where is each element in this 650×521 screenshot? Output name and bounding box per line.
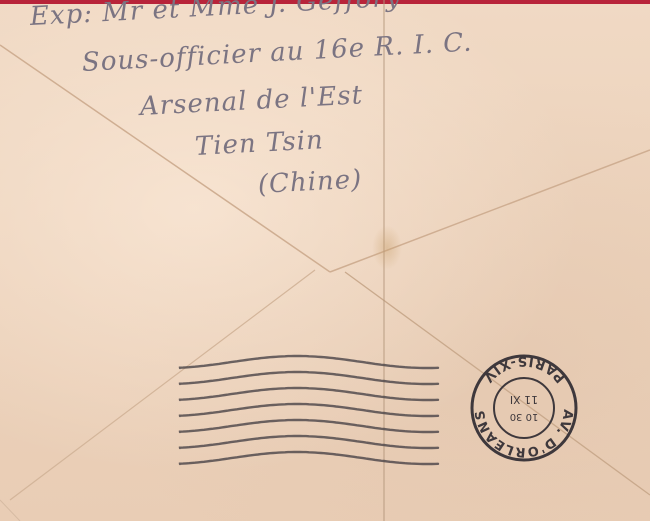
- sender-address: Exp: Mr et Mme J. Geffory Sous-officier …: [0, 0, 650, 230]
- postmark-city: PARIS-XIV: [480, 353, 569, 385]
- sender-line-1: Exp: Mr et Mme J. Geffory: [29, 0, 402, 32]
- envelope-back: Exp: Mr et Mme J. Geffory Sous-officier …: [0, 0, 650, 521]
- postmark-time: 10 30: [510, 411, 539, 422]
- stain: [372, 225, 402, 270]
- postmark-date: 11 XI: [510, 393, 538, 406]
- svg-text:PARIS-XIV: PARIS-XIV: [480, 353, 569, 385]
- machine-cancel-wavy-lines: [175, 352, 445, 477]
- sender-line-2: Sous-officier au 16e R. I. C.: [81, 28, 473, 78]
- sender-line-5: (Chine): [257, 165, 363, 200]
- sender-line-3: Arsenal de l'Est: [139, 80, 364, 122]
- postmark-circular-date-stamp: AV. D'ORLEANS PARIS-XIV 10 30 11 XI: [468, 352, 580, 464]
- sender-line-4: Tien Tsin: [194, 125, 324, 162]
